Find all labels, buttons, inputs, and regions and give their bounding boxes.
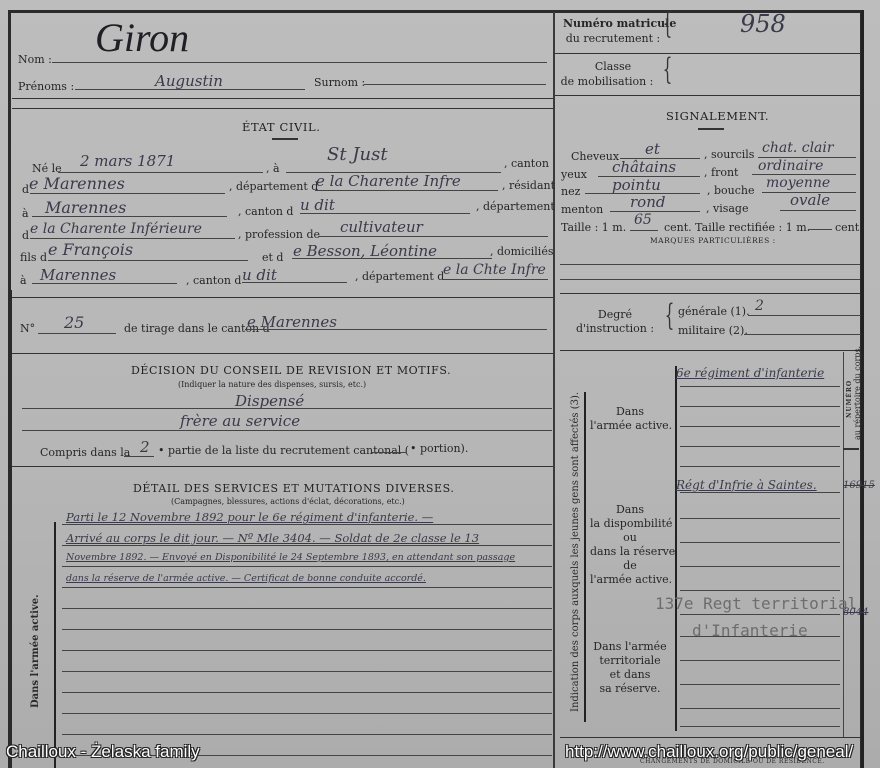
entry-line (744, 334, 861, 335)
territoriale-label: Dans l'arméeterritorialeet danssa réserv… (590, 640, 670, 696)
register-page: Nom : Giron Prénoms : Augustin Surnom : … (0, 0, 880, 768)
divider (12, 466, 553, 467)
entry-line (318, 236, 548, 237)
corps-bracket (584, 392, 586, 722)
ruled-line (680, 386, 840, 387)
watermark-right: http://www.chailloux.org/public/geneal/ (565, 742, 853, 762)
matricule-brace: { (663, 6, 673, 41)
entry-line (315, 190, 498, 191)
visage-value: ovale (790, 191, 830, 209)
classe-label-2: de mobilisation : (555, 75, 659, 88)
domicilies-label: , domiciliés (490, 245, 553, 258)
corps-entries-bracket (675, 366, 677, 731)
ruled-line (680, 518, 840, 519)
ruled-line (62, 692, 552, 693)
instruction-brace: { (665, 298, 675, 333)
divider (12, 297, 553, 298)
ruled-line (680, 466, 840, 467)
services-bracket (54, 522, 56, 768)
classe-brace: { (663, 52, 673, 87)
departement3-value: e la Chte Infre (443, 262, 546, 278)
canton-label: , canton (504, 157, 549, 170)
entry-line (748, 315, 861, 316)
surnom-label: Surnom : (314, 76, 365, 89)
services-title: DÉTAIL DES SERVICES ET MUTATIONS DIVERSE… (133, 482, 454, 495)
watermark-left: Chailloux - Żelaska family (6, 742, 200, 762)
service-entry: Arrivé au corps le dit jour. — Nº Mle 34… (66, 531, 479, 545)
decision-subtitle: (Indiquer la nature des dispenses, sursi… (178, 380, 366, 389)
ruled-line (62, 545, 552, 546)
departement-label: , département d (229, 180, 318, 193)
label-line: ou (590, 531, 670, 545)
divider (560, 350, 860, 351)
instruction-label-1: Degré (570, 308, 660, 321)
column-divider (553, 12, 555, 768)
portion-label: • portion). (410, 442, 468, 455)
bouche-value: moyenne (766, 175, 830, 191)
visage-label: , visage (706, 202, 748, 215)
canton-value: e Marennes (29, 174, 125, 193)
label-line: et dans (590, 668, 670, 682)
a-label: , à (266, 162, 280, 175)
label-line: l'armée active. (590, 573, 670, 587)
ruled-line (62, 650, 552, 651)
territoriale-stamp-1: 137e Regt territorial (655, 594, 857, 613)
marques-label: MARQUES PARTICULIÈRES : (650, 236, 776, 245)
taille-label: Taille : 1 m. (561, 221, 626, 234)
service-entry: dans la réserve de l'armée active. — Cer… (66, 573, 426, 584)
label-line: Dans (590, 503, 670, 517)
entry-line (630, 230, 658, 231)
front-value: ordinaire (758, 158, 823, 174)
entry-line (442, 279, 548, 280)
nom-label: Nom : (18, 53, 52, 66)
departement-value: e la Charente Infre (316, 172, 461, 190)
taille-value: 65 (634, 212, 652, 228)
divider (560, 293, 860, 294)
label-line: territoriale (590, 654, 670, 668)
sourcils-label: , sourcils (704, 148, 754, 161)
ruled-line (680, 542, 840, 543)
dispo-value: Régt d'Infrie à Saintes. (676, 478, 817, 492)
ruled-line (680, 660, 840, 661)
profession-value: cultivateur (340, 218, 423, 236)
militaire-label: militaire (2). (678, 324, 748, 337)
ruled-line (680, 492, 840, 493)
ruled-line (62, 671, 552, 672)
numero-rule (843, 448, 859, 450)
entry-line (38, 333, 116, 334)
entry-line (58, 172, 263, 173)
title-rule (272, 138, 298, 140)
ruled-line (62, 734, 552, 735)
entry-line (124, 456, 154, 457)
yeux-value: châtains (612, 158, 676, 176)
dept2-prefix: d (22, 229, 29, 242)
canton3-value: u dit (242, 266, 277, 284)
residant-a-label: à (22, 207, 29, 220)
residant-label: , résidant (502, 179, 555, 192)
compris-label: Compris dans la (40, 446, 130, 459)
canton3-label: , canton d (186, 274, 241, 287)
ruled-line (680, 684, 840, 685)
numero-column-divider (843, 352, 844, 737)
compris-suffix: • partie de la liste du recrutement cant… (158, 444, 409, 457)
departement3-label: , département d (355, 270, 444, 283)
profession-label: , profession de (238, 228, 320, 241)
label-line: Dans l'armée (590, 640, 670, 654)
entry-line (610, 211, 700, 212)
corps-side-label: Indication des corps auxquels les jeunes… (570, 392, 581, 712)
services-subtitle: (Campagnes, blessures, actions d'éclat, … (171, 497, 405, 506)
matricule-label-1: Numéro matricule (563, 17, 663, 30)
outer-frame (8, 10, 863, 768)
ruled-line (680, 614, 840, 615)
dispo-number: 16915 (843, 480, 875, 491)
matricule-value: 958 (740, 10, 786, 38)
entry-line (48, 260, 248, 261)
label-line: la dispombilité (590, 517, 670, 531)
yeux-label: yeux (561, 168, 587, 181)
tirage-canton-value: e Marennes (247, 313, 337, 331)
numero-label-1: NUMÉRO (846, 380, 853, 418)
signalement-title: SIGNALEMENT. (666, 109, 769, 123)
nom-line (52, 62, 547, 63)
ruled-line (680, 446, 840, 447)
service-entry: Parti le 12 Novembre 1892 pour le 6e rég… (66, 510, 433, 524)
mother-value: e Besson, Léontine (293, 242, 437, 260)
entry-line (560, 264, 860, 265)
cheveux-value: et (645, 140, 660, 158)
label-line: dans la réserve (590, 545, 670, 559)
ne-le-value: 2 mars 1871 (80, 152, 175, 170)
fils-label: fils d (20, 251, 47, 264)
service-entry: Novembre 1892. — Envoyé en Disponibilité… (66, 552, 515, 563)
generale-value: 2 (755, 298, 764, 314)
nez-label: nez (561, 185, 580, 198)
decision-line-2: frère au service (180, 412, 300, 430)
taille-suffix: cent. Taille rectifiée : 1 m. (664, 221, 810, 234)
divider (555, 95, 861, 96)
divider (12, 353, 553, 354)
bouche-label: , bouche (707, 184, 755, 197)
divider (555, 53, 861, 54)
divider (12, 98, 553, 99)
sourcils-value: chat. clair (762, 140, 834, 156)
label-line: de (590, 559, 670, 573)
dispo-label: Dansla dispombilitéoudans la réservedel'… (590, 503, 670, 587)
ruled-line (62, 713, 552, 714)
decision-line-1: Dispensé (235, 392, 304, 410)
title-rule (698, 128, 724, 130)
matricule-label-2: du recrutement : (563, 32, 663, 45)
classe-label-1: Classe (563, 60, 663, 73)
father-value: e François (48, 240, 133, 259)
ruled-line (62, 587, 552, 588)
de-label: d (22, 183, 29, 196)
entry-line (30, 238, 235, 239)
nom-value: Giron (95, 14, 189, 61)
tirage-no-value: 25 (64, 313, 84, 332)
instruction-label-2: d'instruction : (570, 322, 660, 335)
dept2-value: e la Charente Inférieure (30, 221, 202, 237)
ruled-line (62, 524, 552, 525)
entry-line (30, 193, 225, 194)
birthplace-value: St Just (327, 144, 388, 165)
ruled-line (62, 608, 552, 609)
surnom-line (364, 84, 546, 85)
tirage-no-label: N° (20, 322, 35, 335)
entry-line (780, 210, 856, 211)
generale-label: générale (1). (678, 305, 750, 318)
label-line: sa réserve. (590, 682, 670, 696)
divider (560, 737, 860, 738)
ruled-line (680, 726, 840, 727)
domicile-a-label: à (20, 274, 27, 287)
compris-value: 2 (140, 438, 150, 456)
entry-line (372, 452, 407, 453)
ruled-line (680, 566, 840, 567)
ruled-line (62, 629, 552, 630)
menton-value: rond (630, 193, 665, 211)
etat-civil-title: ÉTAT CIVIL. (242, 120, 321, 134)
ruled-line (680, 590, 840, 591)
left-margin-bar (9, 290, 12, 768)
departement2-label: , département (476, 200, 555, 213)
ruled-line (62, 566, 552, 567)
menton-label: menton (561, 203, 603, 216)
territoriale-stamp-2: d'Infanterie (692, 621, 808, 640)
nez-value: pointu (612, 176, 661, 194)
active-value: 6e régiment d'infanterie (676, 366, 824, 380)
entry-line (808, 229, 832, 230)
taille-rect-suffix: cent. (835, 221, 863, 234)
ruled-line (680, 636, 840, 637)
residant-value: Marennes (45, 198, 126, 217)
canton2-label: , canton d (238, 205, 293, 218)
territoriale-number: 8044 (843, 607, 868, 618)
decision-title: DÉCISION DU CONSEIL DE REVISION ET MOTIF… (131, 364, 451, 377)
prenoms-value: Augustin (155, 72, 223, 90)
ruled-line (680, 708, 840, 709)
ruled-line (680, 426, 840, 427)
divider (12, 108, 553, 109)
numero-label-2: au répertoire du corps. (853, 346, 862, 440)
canton2-value: u dit (300, 196, 335, 214)
entry-line (560, 279, 860, 280)
prenoms-label: Prénoms : (18, 80, 74, 93)
active-label-2: l'armée active. (590, 419, 670, 432)
services-side-label: Dans l'armée active. (30, 594, 41, 708)
et-de-label: et d (262, 251, 283, 264)
active-label-1: Dans (590, 405, 670, 418)
ruled-line (680, 406, 840, 407)
front-label: , front (704, 166, 738, 179)
domicile-value: Marennes (40, 266, 116, 284)
entry-line (22, 430, 552, 431)
